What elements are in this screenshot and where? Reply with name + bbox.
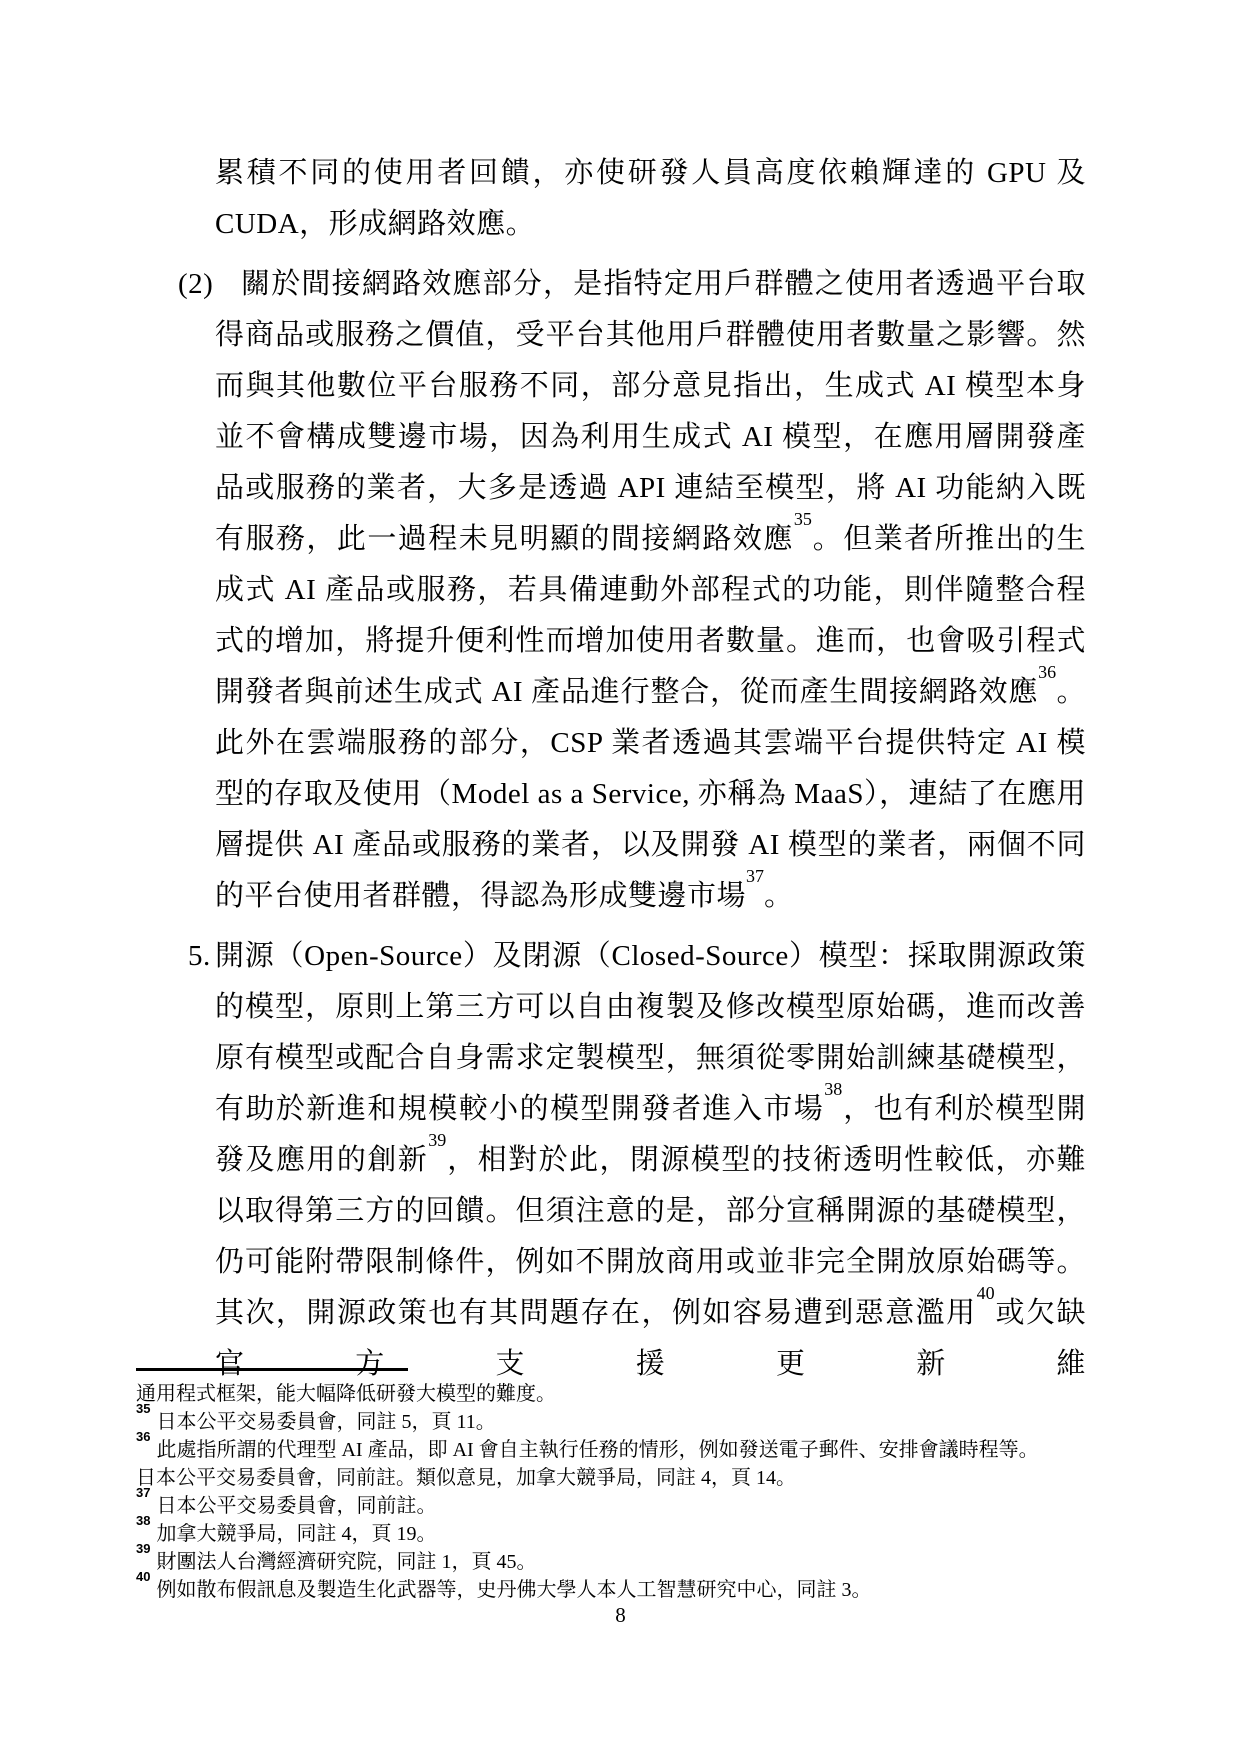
footnote-entry: 38加拿大競爭局，同註 4，頁 19。	[136, 1520, 1093, 1548]
paragraph: 累積不同的使用者回饋，亦使研發人員高度依賴輝達的 GPU 及 CUDA，形成網路…	[215, 148, 1086, 250]
footnote-ref: 39	[428, 1130, 446, 1150]
footnote-number: 39	[136, 1541, 150, 1556]
list-item-paragraph: (2)關於間接網路效應部分，是指特定用戶群體之使用者透過平台取得商品或服務之價值…	[215, 259, 1086, 922]
footnote-number: 38	[136, 1513, 150, 1528]
footnote-separator	[136, 1368, 408, 1371]
footnote-ref: 37	[746, 866, 764, 886]
footnote-number: 40	[136, 1569, 150, 1584]
footnote-entry: 40例如散布假訊息及製造生化武器等，史丹佛大學人本人工智慧研究中心，同註 3。	[136, 1576, 1093, 1604]
body-text: 累積不同的使用者回饋，亦使研發人員高度依賴輝達的 GPU 及 CUDA，形成網路…	[215, 148, 1086, 1390]
footnote-entry: 36此處指所謂的代理型 AI 產品，即 AI 會自主執行任務的情形，例如發送電子…	[136, 1436, 1093, 1492]
footnote-number: 35	[136, 1401, 150, 1416]
footnote-number: 37	[136, 1485, 150, 1500]
footnote-ref: 40	[977, 1283, 995, 1303]
footnote-entry: 37日本公平交易委員會，同前註。	[136, 1492, 1093, 1520]
footnotes: 通用程式框架，能大幅降低研發大模型的難度。 35日本公平交易委員會，同註 5，頁…	[136, 1380, 1093, 1604]
footnote-ref: 38	[824, 1079, 842, 1099]
footnote-list: 35日本公平交易委員會，同註 5，頁 11。36此處指所謂的代理型 AI 產品，…	[136, 1408, 1093, 1604]
document-page: 累積不同的使用者回饋，亦使研發人員高度依賴輝達的 GPU 及 CUDA，形成網路…	[0, 0, 1241, 1755]
footnote-continuation: 通用程式框架，能大幅降低研發大模型的難度。	[136, 1380, 1093, 1408]
footnote-number: 36	[136, 1429, 150, 1444]
footnote-entry: 39財團法人台灣經濟研究院，同註 1，頁 45。	[136, 1548, 1093, 1576]
list-item-paragraph: 5.開源（Open-Source）及閉源（Closed-Source）模型：採取…	[215, 931, 1086, 1390]
page-number: 8	[0, 1601, 1241, 1629]
footnote-entry: 35日本公平交易委員會，同註 5，頁 11。	[136, 1408, 1093, 1436]
footnote-ref: 36	[1038, 662, 1056, 682]
footnote-ref: 35	[794, 509, 812, 529]
list-marker: (2)	[178, 259, 213, 310]
list-marker: 5.	[188, 931, 211, 982]
